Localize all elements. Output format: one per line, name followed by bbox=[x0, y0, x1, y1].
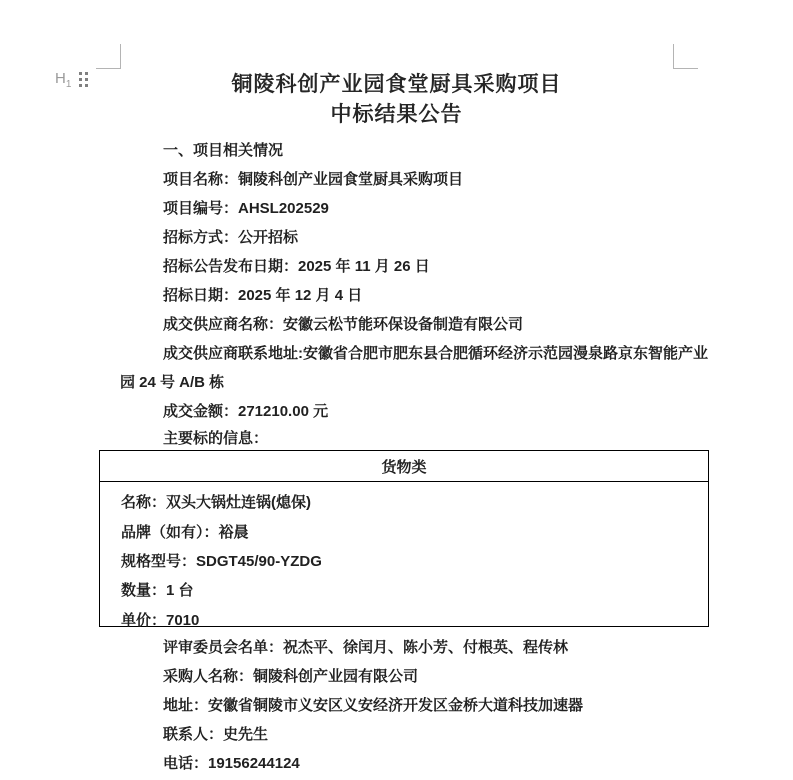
field-announce-date: 招标公告发布日期：2025 年 11 月 26 日 bbox=[163, 257, 430, 276]
section-heading: 一、项目相关情况 bbox=[163, 141, 283, 160]
field-purchaser: 采购人名称：铜陵科创产业园有限公司 bbox=[163, 667, 418, 686]
field-deal-amount: 成交金额：271210.00 元 bbox=[163, 402, 328, 421]
field-supplier-address-line2: 园 24 号 A/B 栋 bbox=[120, 373, 224, 392]
table-row-brand: 品牌（如有）：裕晨 bbox=[121, 516, 698, 545]
field-subject-label: 主要标的信息： bbox=[163, 429, 268, 448]
heading-level-marker[interactable]: H1 bbox=[55, 70, 71, 94]
field-bid-date: 招标日期：2025 年 12 月 4 日 bbox=[163, 286, 362, 305]
goods-table-header: 货物类 bbox=[100, 451, 708, 482]
text-boundary-mark-top-left-icon bbox=[96, 44, 121, 69]
table-row-quantity: 数量：1 台 bbox=[121, 575, 698, 604]
field-project-name: 项目名称：铜陵科创产业园食堂厨具采购项目 bbox=[163, 170, 463, 189]
field-contact-person: 联系人：史先生 bbox=[163, 725, 268, 744]
table-row-name: 名称：双头大锅灶连锅(熄保) bbox=[121, 487, 698, 516]
paragraph-drag-handle-icon[interactable] bbox=[79, 72, 82, 75]
field-phone: 电话：19156244124 bbox=[163, 754, 300, 773]
document-title: 铜陵科创产业园食堂厨具采购项目 中标结果公告 bbox=[120, 70, 673, 130]
word-document-page: H1 铜陵科创产业园食堂厨具采购项目 中标结果公告 一、项目相关情况 项目名称：… bbox=[0, 0, 793, 780]
field-committee: 评审委员会名单：祝杰平、徐闰月、陈小芳、付根英、程传林 bbox=[163, 638, 568, 657]
field-purchaser-address: 地址：安徽省铜陵市义安区义安经济开发区金桥大道科技加速器 bbox=[163, 696, 583, 715]
goods-table-body: 名称：双头大锅灶连锅(熄保) 品牌（如有）：裕晨 规格型号：SDGT45/90-… bbox=[100, 482, 708, 634]
field-bid-method: 招标方式：公开招标 bbox=[163, 228, 298, 247]
title-line-1: 铜陵科创产业园食堂厨具采购项目 bbox=[120, 70, 673, 100]
field-project-no: 项目编号：AHSL202529 bbox=[163, 199, 329, 218]
field-supplier-address-line1: 成交供应商联系地址:安徽省合肥市肥东县合肥循环经济示范园漫泉路京东智能产业 bbox=[163, 344, 708, 363]
title-line-2: 中标结果公告 bbox=[120, 100, 673, 130]
field-supplier-name: 成交供应商名称：安徽云松节能环保设备制造有限公司 bbox=[163, 315, 523, 334]
goods-table: 货物类 名称：双头大锅灶连锅(熄保) 品牌（如有）：裕晨 规格型号：SDGT45… bbox=[99, 450, 709, 627]
table-row-unit-price: 单价：7010 bbox=[121, 605, 698, 634]
text-boundary-mark-top-right-icon bbox=[673, 44, 698, 69]
table-row-model: 规格型号：SDGT45/90-YZDG bbox=[121, 546, 698, 575]
